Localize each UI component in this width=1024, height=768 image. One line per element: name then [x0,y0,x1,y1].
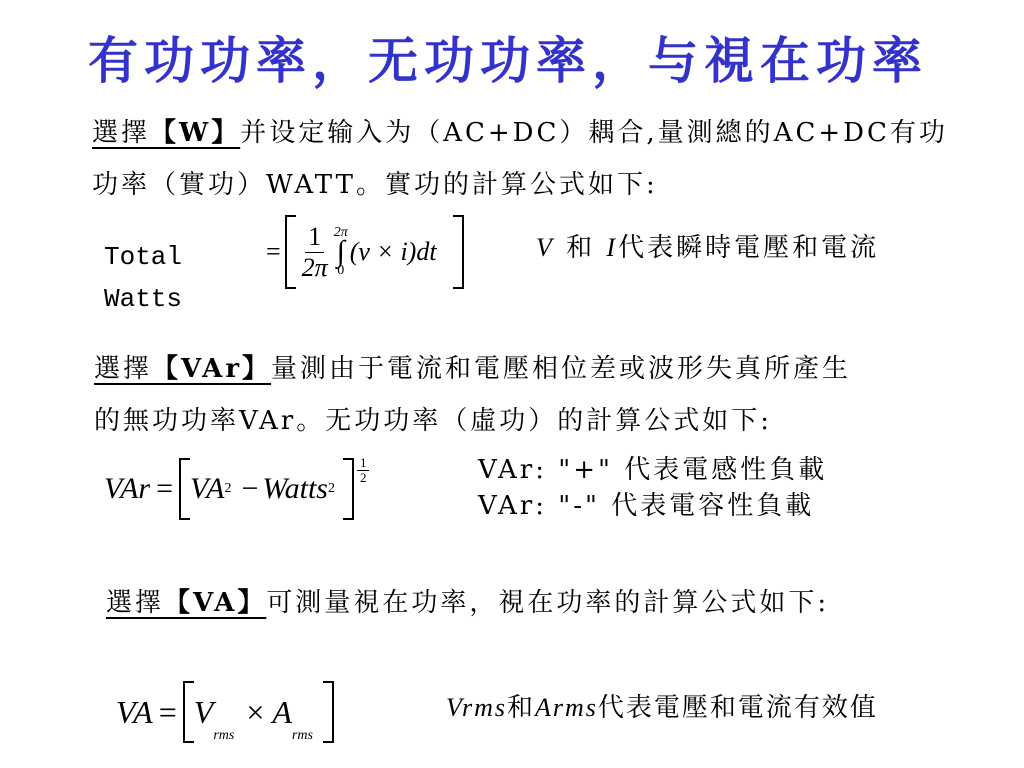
select-key-w: 【W】 [150,118,240,148]
select-prefix: 選擇 [92,118,150,148]
fraction-numerator: 1 [305,222,324,253]
section-var-text-1: 量測由于電流和電壓相位差或波形失真所產生 [271,354,851,384]
v-rms-symbol: V [194,694,214,731]
a-rms-subscript: rms [292,728,313,744]
left-bracket [179,458,190,520]
va-note: Vrms和Arms代表電壓和電流有效值 [446,688,878,728]
exp-denominator: 2 [360,471,367,485]
arms-symbol: Arms [535,693,598,722]
minus-sign: − [241,472,258,506]
fraction: 1 2π [302,222,328,283]
select-prefix: 選擇 [106,588,164,618]
left-bracket [285,215,296,289]
select-va-label: 選擇【VA】 [106,588,266,618]
select-prefix: 選擇 [94,354,152,384]
equals-sign: = [159,694,177,731]
and-text: 和 [507,693,535,723]
integral-lower: 0 [337,264,344,278]
va-description: 代表電壓和電流有效值 [598,693,878,723]
var-formula: VAr = VA2 − Watts2 1 2 [104,456,369,522]
var-sign-notes: VAr: "+" 代表電感性負載 VAr: "-" 代表電容性負載 [478,452,827,524]
left-bracket [183,681,194,743]
section-w-line1: 選擇【W】并设定输入为（AC+DC）耦合,量測總的AC+DC有功 [92,108,948,158]
outer-exponent: 1 2 [357,456,370,485]
watts-exponent: 2 [328,481,335,497]
times-sign: × [246,694,264,731]
va-exponent: 2 [224,481,231,497]
select-key-va: 【VA】 [164,588,266,618]
section-var-line1: 選擇【VAr】量測由于電流和電壓相位差或波形失真所產生 [94,344,851,394]
v-rms-subscript: rms [213,728,234,744]
watts-formula: = 1 2π 2π ∫ 0 (v × i)dt [266,214,464,290]
integral-icon: 2π ∫ 0 [334,226,348,278]
right-bracket [343,458,354,520]
integrand: (v × i)dt [350,237,437,267]
va-term: VA [190,472,224,506]
equals-sign: = [266,237,281,267]
lhs-total: Total [104,236,182,278]
equals-sign: = [156,472,173,506]
v-symbol: V [536,233,555,262]
va-formula: VA = Vrms × Arms [116,680,334,744]
right-bracket [453,215,464,289]
fraction-denominator: 2π [302,253,328,283]
vi-note: V 和 I代表瞬時電壓和電流 [536,228,879,268]
section-var-line2: 的無功功率VAr。无功功率（虛功）的計算公式如下: [94,396,772,446]
var-plus-note: VAr: "+" 代表電感性負載 [478,452,827,488]
section-va-text-1: 可測量視在功率，視在功率的計算公式如下: [266,588,829,618]
section-va-line1: 選擇【VA】可測量視在功率，視在功率的計算公式如下: [106,578,829,628]
and-text: 和 [555,233,607,263]
va-lhs: VA [116,694,153,731]
section-w-line2: 功率（實功）WATT。實功的計算公式如下: [92,160,658,210]
vi-description: 代表瞬時電壓和電流 [618,233,879,263]
select-w-label: 選擇【W】 [92,118,240,148]
exp-numerator: 1 [357,456,370,471]
var-minus-note: VAr: "-" 代表電容性負載 [478,488,827,524]
right-bracket [323,681,334,743]
lhs-watts: Watts [104,278,182,320]
select-key-var: 【VAr】 [152,354,271,384]
total-watts-label: Total Watts [104,236,182,320]
page-title: 有功功率，无功功率，与視在功率 [88,26,928,96]
select-var-label: 選擇【VAr】 [94,354,271,384]
section-w-text-1: 并设定输入为（AC+DC）耦合,量測總的AC+DC有功 [240,118,948,148]
var-lhs: VAr [104,472,150,506]
a-rms-symbol: A [272,694,292,731]
watts-term: Watts [262,472,328,506]
i-symbol: I [606,233,618,262]
vrms-symbol: Vrms [446,693,507,722]
